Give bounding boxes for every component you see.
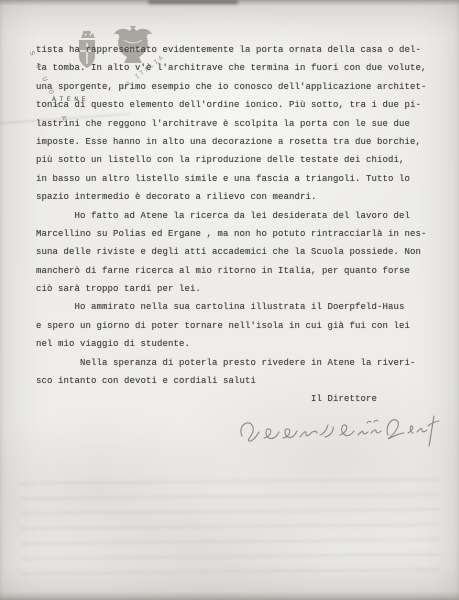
letter-line: spazio intermedio è decorato a rilievo c… (36, 188, 440, 206)
letter-line: una sporgente, primo esempio che io cono… (36, 78, 440, 96)
reverse-side-showthrough (19, 466, 439, 580)
letter-line: lastrini che reggono l'architrave è scol… (36, 115, 440, 133)
letter-line: più sotto un listello con la riproduzion… (36, 151, 440, 169)
letter-line: ciò sarà troppo tardi per lei. (36, 280, 440, 298)
signature-handwriting (222, 406, 450, 458)
letter-line: nel mio viaggio di studente. (36, 335, 440, 353)
letter-line: tonica di questo elemento dell'ordine io… (36, 96, 440, 114)
letter-line: Ho ammirato nella sua cartolina illustra… (36, 298, 440, 316)
letter-line: e spero un giorno di poter tornare nell'… (36, 317, 440, 335)
letter-body: tista ha rappresentato evidentemente la … (36, 41, 440, 409)
letter-line: mancherò di farne ricerca al mio ritorno… (36, 262, 440, 280)
letter-page: S C U O L A CA ITALIA ATENE tista ha rap… (0, 0, 459, 600)
paper-edge-smudge (148, 0, 238, 4)
letter-line: tista ha rappresentato evidentemente la … (36, 41, 440, 59)
letter-line: suna delle riviste e degli atti accademi… (36, 243, 440, 261)
paper-bottom-edge (0, 591, 459, 600)
letter-line: la tomba. In alto v'è l'architrave che t… (36, 59, 440, 77)
letter-line: sco intanto con devoti e cordiali saluti (36, 372, 440, 390)
letter-line: imposte. Esse hanno in alto una decorazi… (36, 133, 440, 151)
letter-line: in basso un altro listello simile e una … (36, 170, 440, 188)
letter-line: Ho fatto ad Atene la ricerca da lei desi… (36, 207, 440, 225)
letter-line: Nella speranza di poterla presto riveder… (36, 354, 440, 372)
letter-line: Marcellino su Polias ed Ergane , ma non … (36, 225, 440, 243)
